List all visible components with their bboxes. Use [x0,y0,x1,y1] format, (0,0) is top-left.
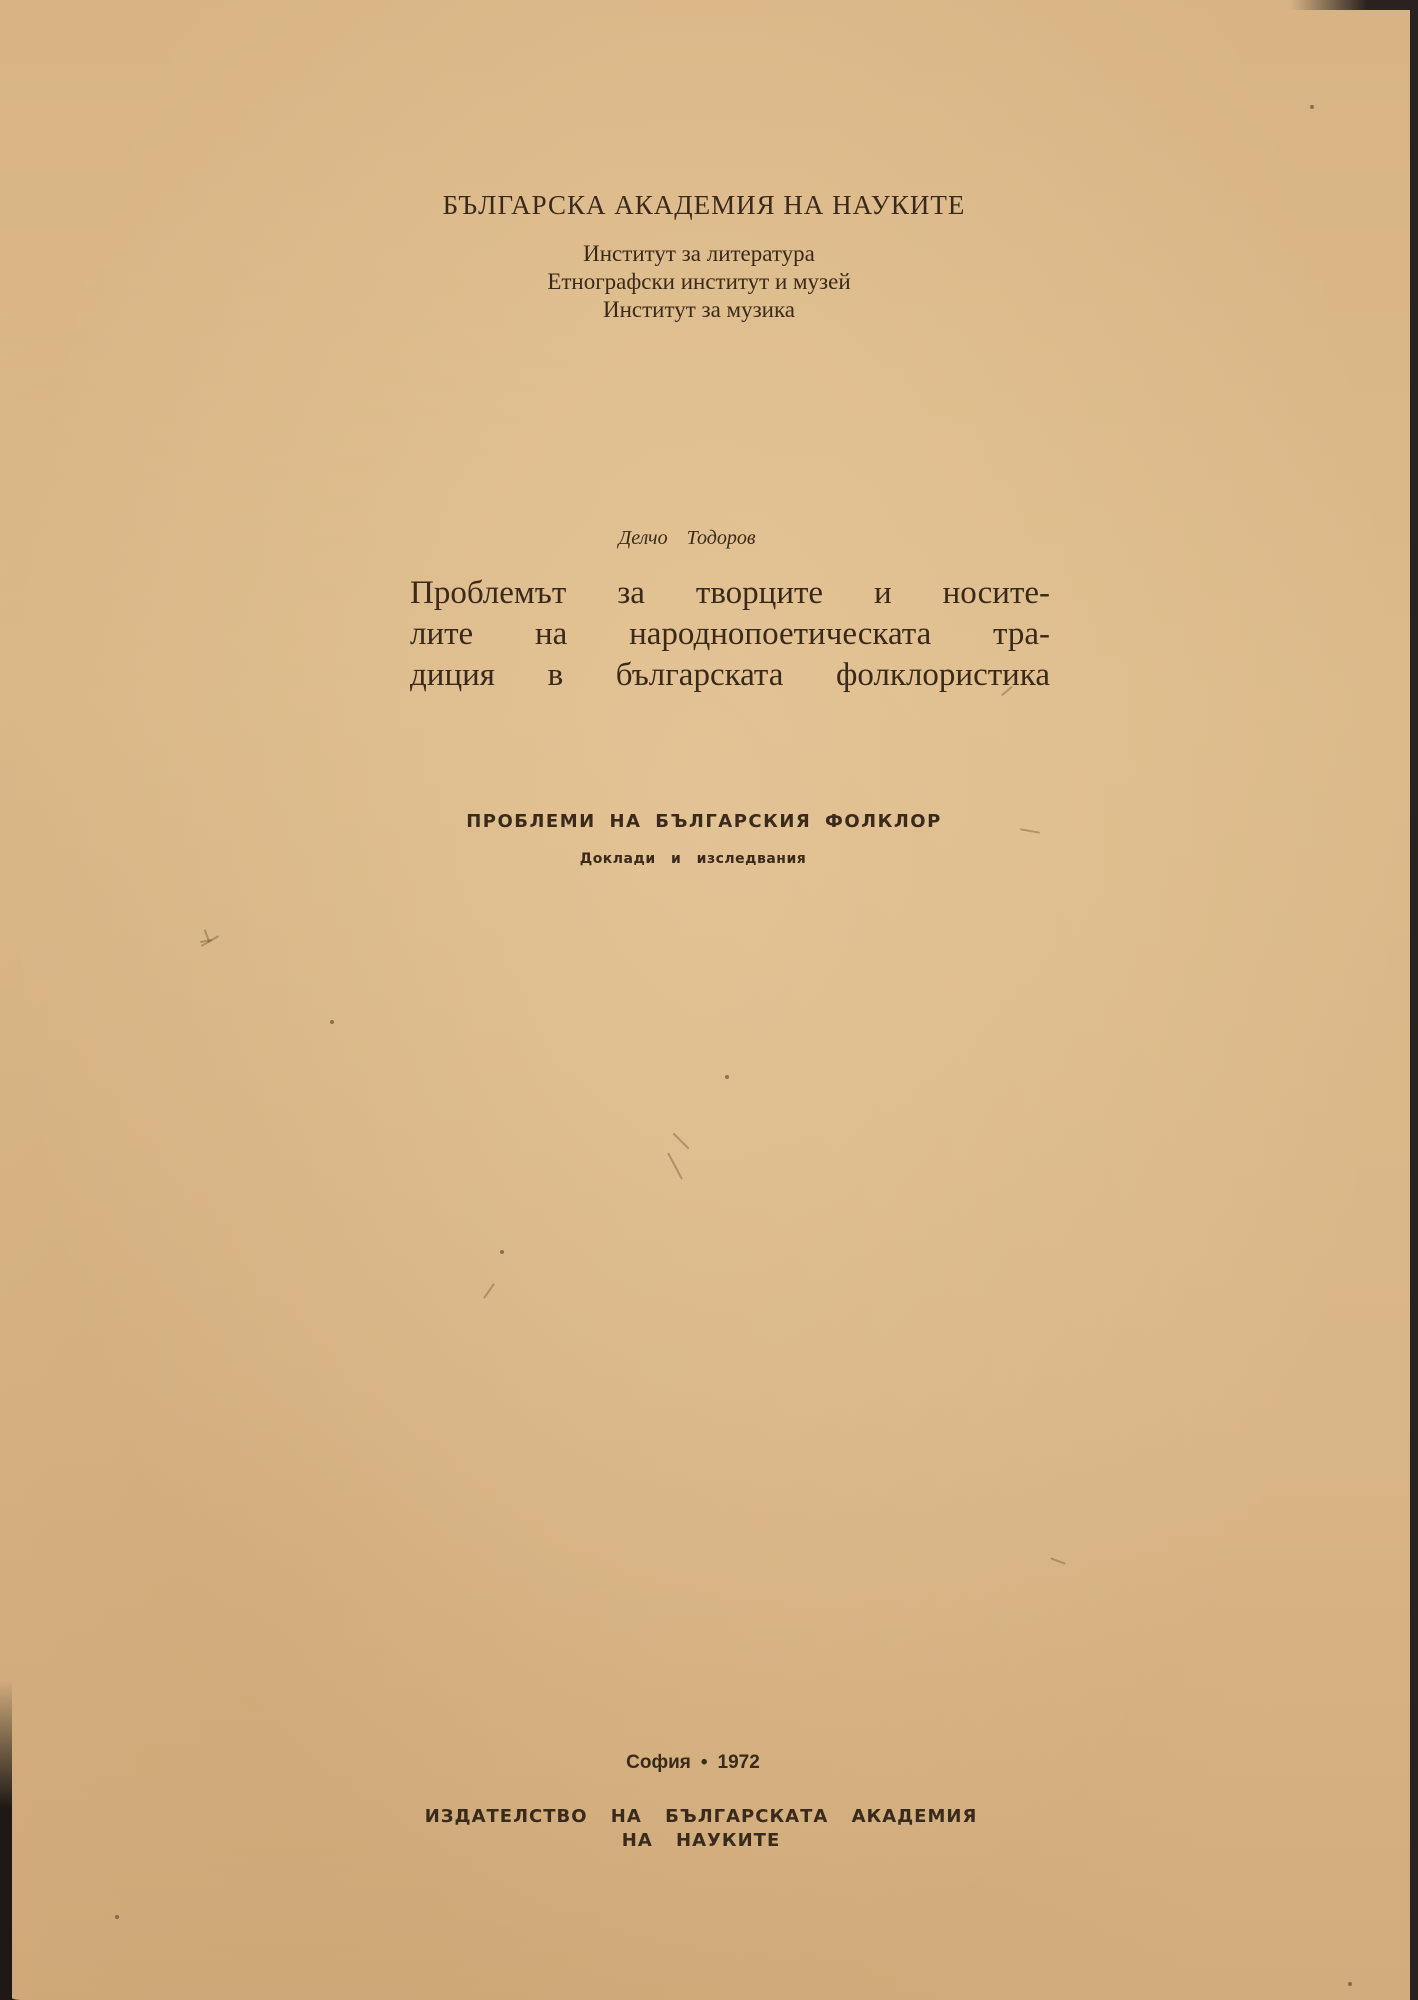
imprint-place-year: София•1972 [0,1752,1402,1774]
paper-fiber [1050,1557,1066,1564]
paper-speck [725,1075,729,1079]
imprint-publisher: ИЗДАТЕЛСТВО НА БЪЛГАРСКАТА АКАДЕМИЯ НА Н… [0,1805,1410,1853]
series-subtitle: Доклади и изследвания [0,851,1402,867]
title-line: диция в българската фолклористика [410,655,1050,696]
paper-speck [1310,105,1314,109]
title-line: Проблемът за творците и носите- [410,573,1050,614]
paper-speck [500,1250,504,1254]
paper-speck [115,1915,119,1919]
paper-speck [1348,1982,1352,1986]
publisher-academy-heading: БЪЛГАРСКА АКАДЕМИЯ НА НАУКИТЕ [0,190,1413,221]
institute-music: Институт за музика [0,296,1408,324]
paper-speck [330,1020,334,1024]
paper-fiber [483,1283,495,1299]
title-line: лите на народнопоетическата тра- [410,614,1050,655]
imprint-year: 1972 [718,1752,760,1773]
imprint-place: София [626,1752,691,1773]
series-name: ПРОБЛЕМИ НА БЪЛГАРСКИЯ ФОЛКЛОР [0,811,1413,832]
publisher-line: ИЗДАТЕЛСТВО НА БЪЛГАРСКАТА АКАДЕМИЯ [0,1805,1410,1829]
book-title: Проблемът за творците и носите- лите на … [410,573,1050,696]
institute-literature: Институт за литература [0,240,1408,268]
institutes-list: Институт за литература Етнографски инсти… [0,240,1408,324]
bullet-separator-icon: • [701,1752,708,1774]
institute-ethnography: Етнографски институт и музей [0,268,1408,296]
publisher-line: НА НАУКИТЕ [0,1829,1410,1853]
photo-background-edge [1290,0,1418,10]
paper-fiber [673,1133,690,1150]
author-name: Делчо Тодоров [0,527,1396,550]
paper-fiber [667,1152,683,1179]
